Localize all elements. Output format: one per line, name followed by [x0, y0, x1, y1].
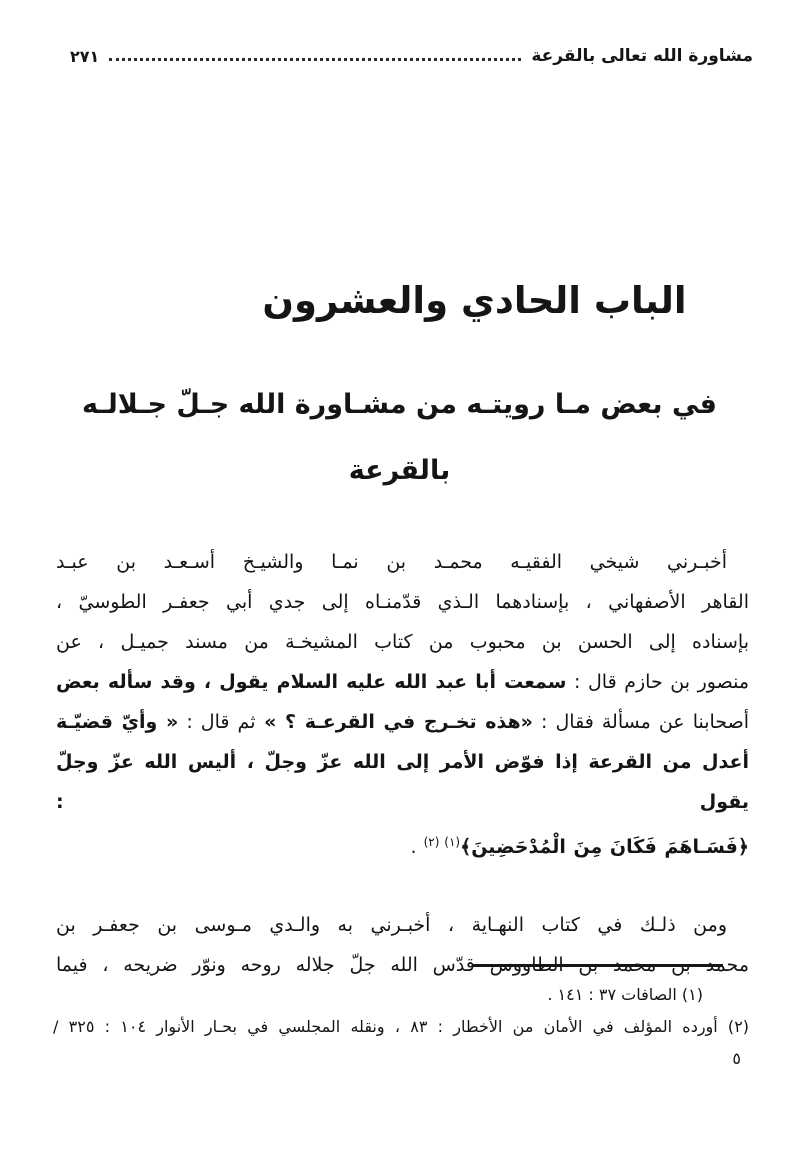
text-segment: بإسناده إلى الحسن بن محبوب من كتاب المشي… [56, 631, 749, 653]
chapter-title: الباب الحادي والعشرون [0, 279, 799, 322]
text-segment: ومن ذلـك في كتاب النهـاية ، أخبـرني به و… [56, 914, 727, 936]
running-header-title: مشاورة الله تعالى بالقرعة [531, 46, 753, 66]
text-segment: أخبـرني شيخي الفقيـه محمـد بن نمـا والشي… [56, 551, 727, 573]
text-segment: «هذه تخـرج في القرعـة ؟ » [255, 711, 532, 733]
quran-verse: ﴿فَسَـاهَمَ فَكَانَ مِنَ الْمُدْحَضِينَ﴾ [460, 836, 749, 858]
book-page: مشاورة الله تعالى بالقرعة ٢٧١ الباب الحا… [0, 0, 799, 1166]
footnote-1: (١) الصافات ٣٧ : ١٤١ . [53, 979, 749, 1011]
body-text: أخبـرني شيخي الفقيـه محمـد بن نمـا والشي… [56, 542, 749, 985]
running-header: مشاورة الله تعالى بالقرعة ٢٧١ [70, 46, 753, 66]
text-line: أصحابنا عن مسألة فقال : «هذه تخـرج في ال… [56, 702, 749, 742]
text-line: ﴿فَسَـاهَمَ فَكَانَ مِنَ الْمُدْحَضِينَ﴾… [56, 822, 749, 867]
chapter-subtitle: في بعض مـا رويتـه من مشـاورة الله جـلّ ج… [30, 372, 769, 504]
dotted-leader [109, 58, 521, 61]
footnote-separator-rule [473, 964, 723, 967]
footnote-2-continuation: ٥ [53, 1043, 749, 1075]
text-segment: ثم قال : [178, 711, 255, 733]
text-segment: القاهر الأصفهاني ، بإسنادهما الـذي قدّمن… [56, 591, 749, 613]
footnotes-section: (١) الصافات ٣٧ : ١٤١ . (٢) أورده المؤلف … [53, 964, 749, 1075]
text-line: ومن ذلـك في كتاب النهـاية ، أخبـرني به و… [56, 905, 749, 945]
text-segment: أصحابنا عن مسألة فقال : [533, 711, 749, 733]
text-line: أعدل من القرعة إذا فوّض الأمر إلى الله ع… [56, 742, 749, 822]
text-line: أخبـرني شيخي الفقيـه محمـد بن نمـا والشي… [56, 542, 749, 582]
text-segment: منصور بن حازم قال : [566, 671, 749, 693]
text-segment: . [411, 836, 424, 858]
footnote-2: (٢) أورده المؤلف في الأمان من الأخطار : … [53, 1011, 749, 1043]
text-line: منصور بن حازم قال : سمعت أبا عبد الله عل… [56, 662, 749, 702]
paragraph-isnad: أخبـرني شيخي الفقيـه محمـد بن نمـا والشي… [56, 542, 749, 867]
text-segment: « وأيّ قضيّـة [56, 711, 178, 733]
footnote-reference: (١) (٢) [424, 835, 460, 849]
chapter-subtitle-line2: بالقرعة [30, 438, 769, 504]
chapter-subtitle-line1: في بعض مـا رويتـه من مشـاورة الله جـلّ ج… [30, 372, 769, 438]
text-segment: أعدل من القرعة إذا فوّض الأمر إلى الله ع… [56, 751, 749, 813]
text-line: القاهر الأصفهاني ، بإسنادهما الـذي قدّمن… [56, 582, 749, 622]
text-segment: سمعت أبا عبد الله عليه السلام يقول ، وقد… [56, 671, 566, 693]
text-line: بإسناده إلى الحسن بن محبوب من كتاب المشي… [56, 622, 749, 662]
page-number: ٢٧١ [70, 47, 99, 66]
